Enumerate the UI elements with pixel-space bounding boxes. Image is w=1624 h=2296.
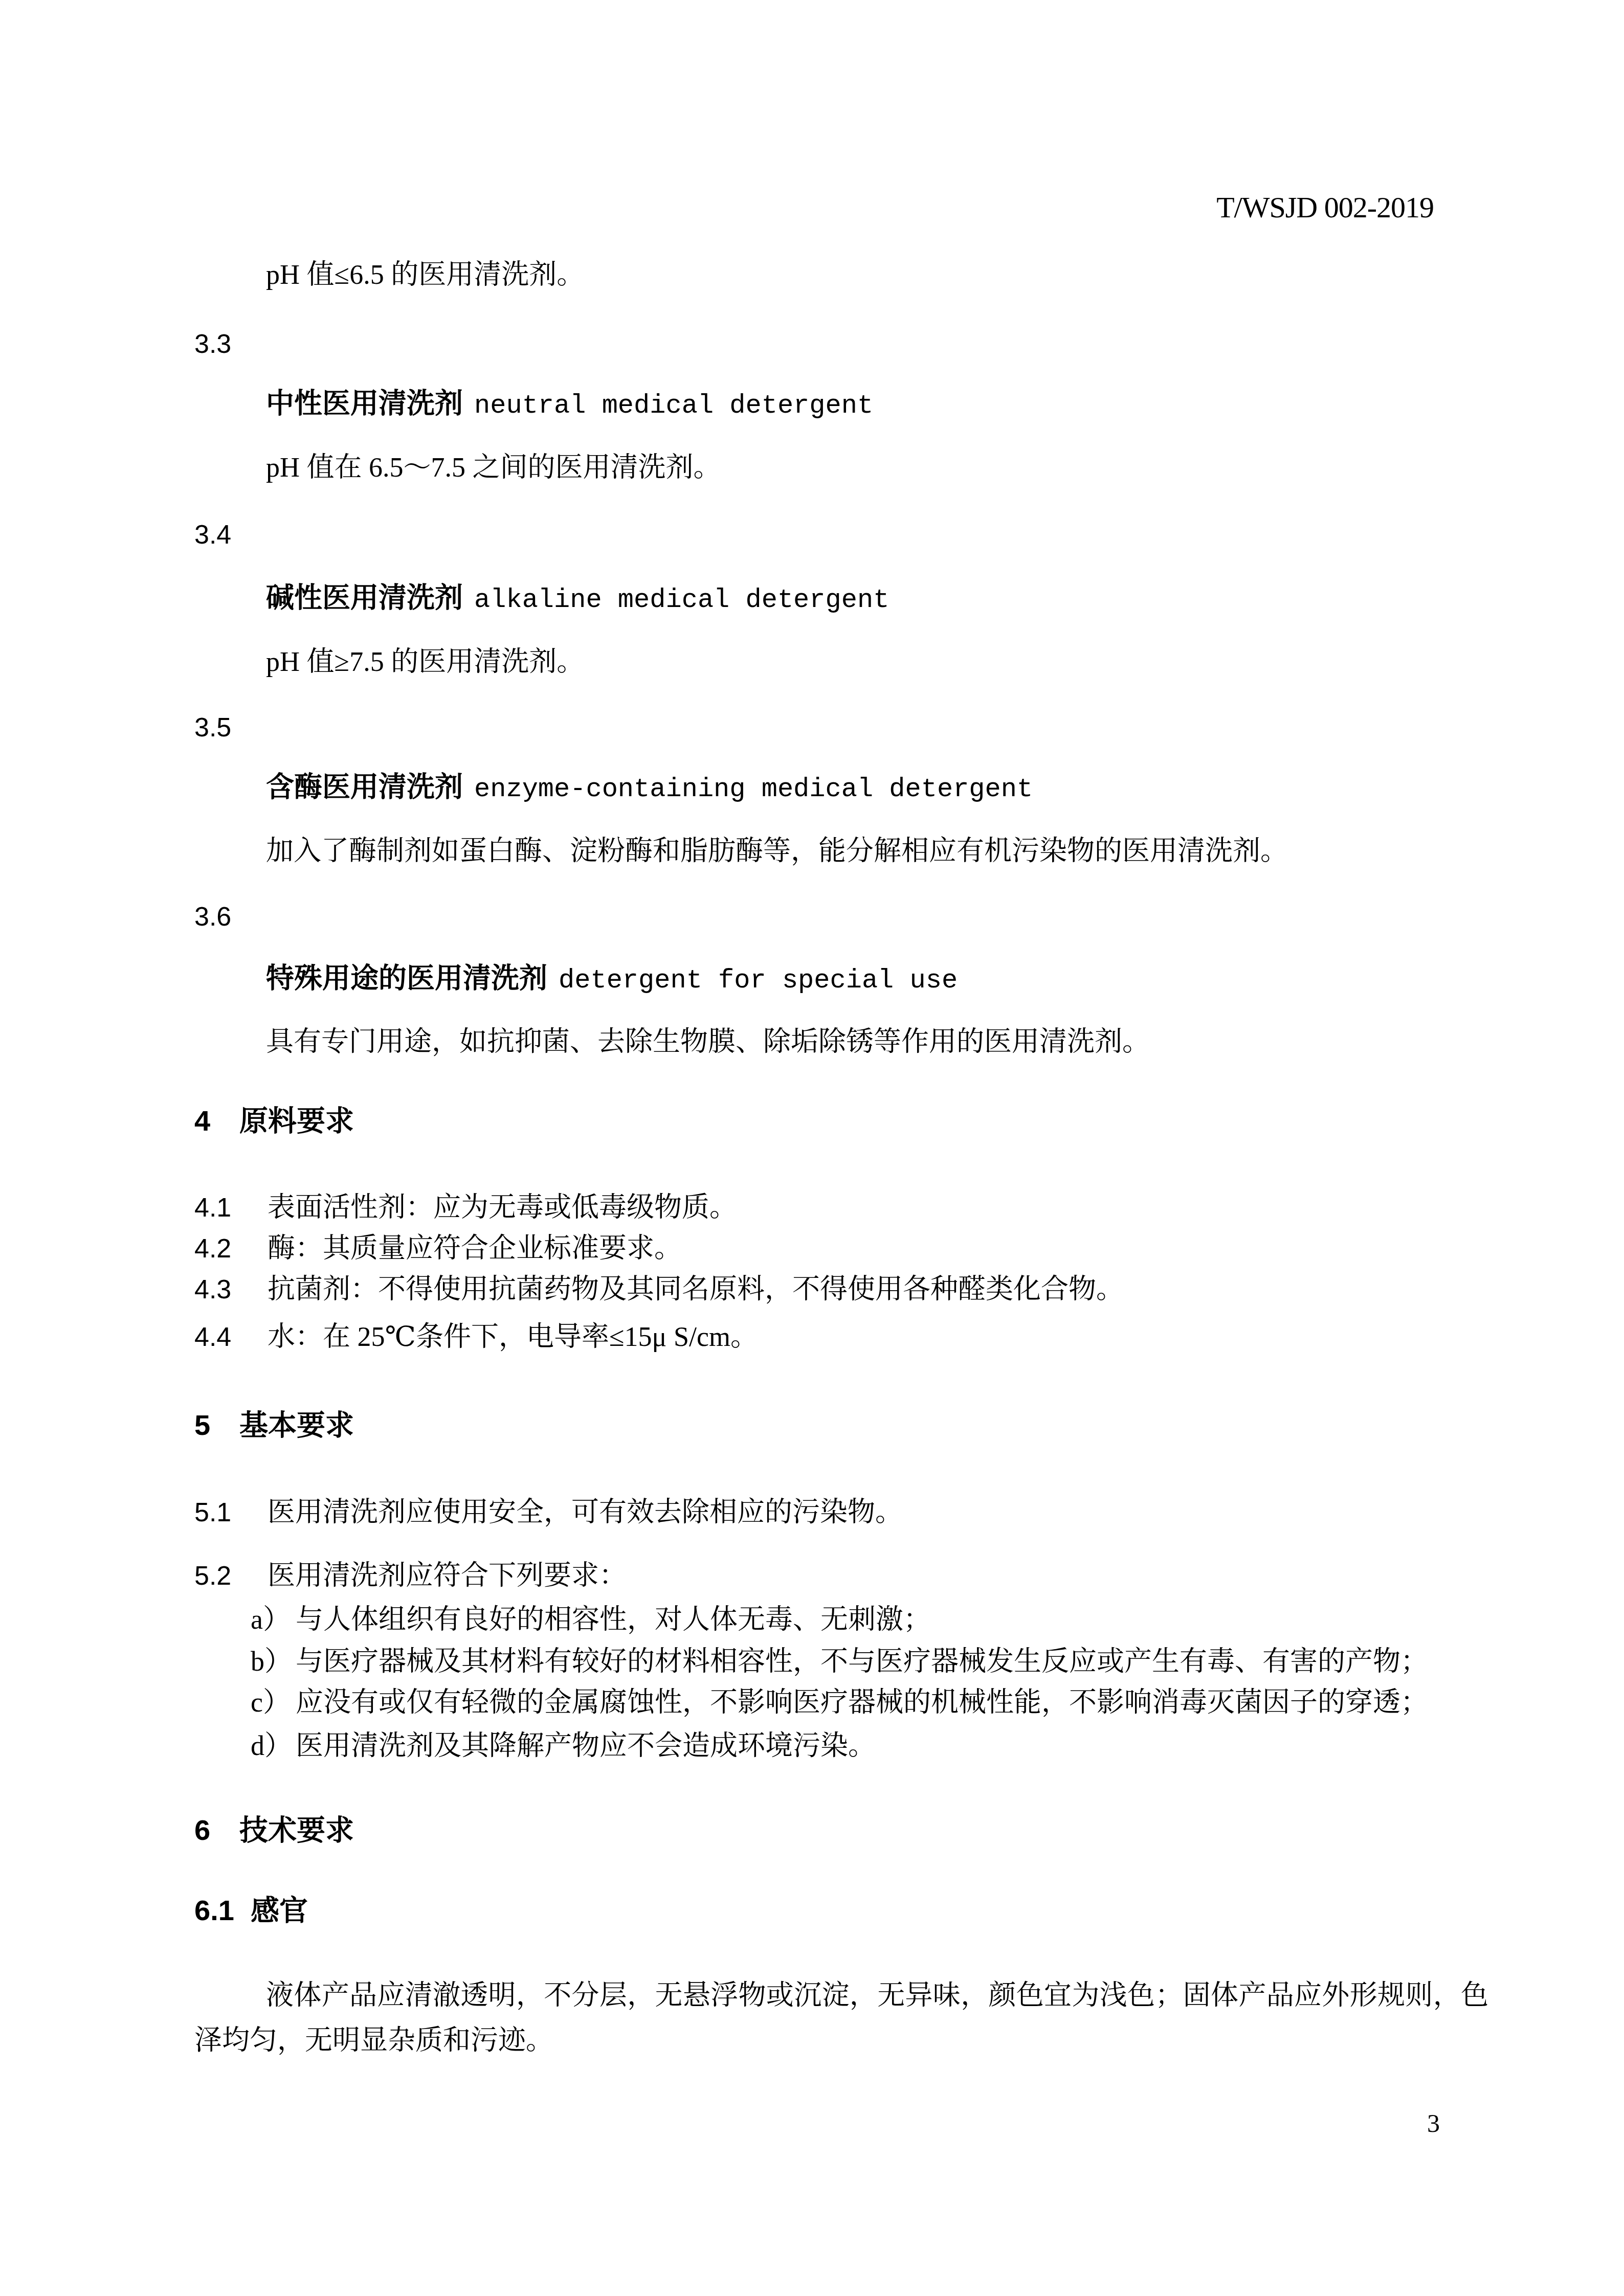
term-definition-3-3: pH 值在 6.5～7.5 之间的医用清洗剂。 bbox=[266, 451, 721, 484]
list-item-c: c）应没有或仅有轻微的金属腐蚀性，不影响医疗器械的机械性能，不影响消毒灭菌因子的… bbox=[251, 1686, 1428, 1719]
clause-4-4-text: 水：在 25℃条件下，电导率≤15μ S/cm。 bbox=[268, 1321, 758, 1352]
term-en-3-6: detergent for special use bbox=[559, 965, 958, 996]
list-item-a: a）与人体组织有良好的相容性，对人体无毒、无刺激； bbox=[251, 1603, 931, 1636]
section-6-title: 技术要求 bbox=[239, 1814, 354, 1846]
term-zh-3-4: 碱性医用清洗剂 bbox=[266, 581, 463, 613]
clause-4-1-number: 4.1 bbox=[194, 1192, 268, 1224]
term-definition-3-5: 加入了酶制剂如蛋白酶、淀粉酶和脂肪酶等，能分解相应有机污染物的医用清洗剂。 bbox=[266, 835, 1288, 868]
subsection-6-1-heading: 6.1感官 bbox=[194, 1893, 308, 1927]
section-5-title: 基本要求 bbox=[239, 1409, 354, 1441]
clause-5-2: 5.2医用清洗剂应符合下列要求： bbox=[194, 1559, 627, 1592]
subsection-6-1-number: 6.1 bbox=[194, 1893, 251, 1927]
clause-4-3: 4.3抗菌剂：不得使用抗菌药物及其同名原料，不得使用各种醛类化合物。 bbox=[194, 1273, 1124, 1306]
section-5-heading: 5基本要求 bbox=[194, 1408, 354, 1442]
term-definition-3-6: 具有专门用途，如抗抑菌、去除生物膜、除垢除锈等作用的医用清洗剂。 bbox=[266, 1025, 1150, 1059]
term-en-3-5: enzyme-containing medical detergent bbox=[474, 774, 1033, 804]
clause-4-4: 4.4水：在 25℃条件下，电导率≤15μ S/cm。 bbox=[194, 1320, 758, 1354]
clause-5-1-text: 医用清洗剂应使用安全，可有效去除相应的污染物。 bbox=[268, 1497, 903, 1527]
term-heading-3-5: 含酶医用清洗剂enzyme-containing medical deterge… bbox=[266, 770, 1033, 805]
term-zh-3-6: 特殊用途的医用清洗剂 bbox=[266, 962, 547, 994]
subsection-6-1-title: 感官 bbox=[251, 1894, 308, 1926]
term-number-3-6: 3.6 bbox=[194, 901, 231, 933]
term-heading-3-4: 碱性医用清洗剂alkaline medical detergent bbox=[266, 580, 889, 616]
term-definition-3-4: pH 值≥7.5 的医用清洗剂。 bbox=[266, 645, 584, 679]
carryover-definition: pH 值≤6.5 的医用清洗剂。 bbox=[266, 258, 584, 291]
term-en-3-4: alkaline medical detergent bbox=[474, 585, 889, 615]
subsection-6-1-body: 液体产品应清澈透明，不分层，无悬浮物或沉淀，无异味，颜色宜为浅色；固体产品应外形… bbox=[194, 1973, 1488, 2063]
section-4-heading: 4原料要求 bbox=[194, 1104, 354, 1138]
clause-5-2-text: 医用清洗剂应符合下列要求： bbox=[268, 1560, 627, 1591]
section-4-title: 原料要求 bbox=[239, 1105, 354, 1137]
document-page: T/WSJD 002-2019 pH 值≤6.5 的医用清洗剂。 3.3 中性医… bbox=[0, 0, 1624, 2296]
term-heading-3-6: 特殊用途的医用清洗剂detergent for special use bbox=[266, 961, 958, 997]
list-item-c-label: c） bbox=[251, 1686, 296, 1719]
list-item-d: d）医用清洗剂及其降解产物应不会造成环境污染。 bbox=[251, 1729, 876, 1763]
list-item-a-label: a） bbox=[251, 1603, 296, 1636]
clause-4-2-text: 酶：其质量应符合企业标准要求。 bbox=[268, 1233, 682, 1264]
section-6-heading: 6技术要求 bbox=[194, 1813, 354, 1847]
clause-4-3-text: 抗菌剂：不得使用抗菌药物及其同名原料，不得使用各种醛类化合物。 bbox=[268, 1274, 1124, 1304]
clause-4-3-number: 4.3 bbox=[194, 1274, 268, 1305]
term-number-3-5: 3.5 bbox=[194, 712, 231, 744]
list-item-d-text: 医用清洗剂及其降解产物应不会造成环境污染。 bbox=[296, 1730, 876, 1761]
section-5-number: 5 bbox=[194, 1408, 239, 1442]
section-6-number: 6 bbox=[194, 1813, 239, 1847]
clause-4-1-text: 表面活性剂：应为无毒或低毒级物质。 bbox=[268, 1192, 737, 1223]
term-en-3-3: neutral medical detergent bbox=[474, 391, 873, 421]
section-4-number: 4 bbox=[194, 1104, 239, 1138]
standard-code-header: T/WSJD 002-2019 bbox=[1216, 190, 1434, 224]
term-heading-3-3: 中性医用清洗剂neutral medical detergent bbox=[266, 386, 873, 422]
list-item-b-label: b） bbox=[251, 1645, 296, 1678]
list-item-c-text: 应没有或仅有轻微的金属腐蚀性，不影响医疗器械的机械性能，不影响消毒灭菌因子的穿透… bbox=[296, 1687, 1428, 1718]
list-item-d-label: d） bbox=[251, 1729, 296, 1763]
term-number-3-4: 3.4 bbox=[194, 519, 231, 551]
term-zh-3-5: 含酶医用清洗剂 bbox=[266, 771, 463, 802]
clause-5-1-number: 5.1 bbox=[194, 1497, 268, 1528]
clause-4-4-number: 4.4 bbox=[194, 1321, 268, 1353]
list-item-b: b）与医疗器械及其材料有较好的材料相容性，不与医疗器械发生反应或产生有毒、有害的… bbox=[251, 1645, 1428, 1678]
clause-4-2: 4.2酶：其质量应符合企业标准要求。 bbox=[194, 1232, 682, 1265]
term-zh-3-3: 中性医用清洗剂 bbox=[266, 387, 463, 419]
term-number-3-3: 3.3 bbox=[194, 328, 231, 360]
clause-4-2-number: 4.2 bbox=[194, 1233, 268, 1265]
list-item-b-text: 与医疗器械及其材料有较好的材料相容性，不与医疗器械发生反应或产生有毒、有害的产物… bbox=[296, 1646, 1428, 1677]
list-item-a-text: 与人体组织有良好的相容性，对人体无毒、无刺激； bbox=[296, 1604, 931, 1635]
page-number: 3 bbox=[1427, 2108, 1440, 2139]
clause-4-1: 4.1表面活性剂：应为无毒或低毒级物质。 bbox=[194, 1191, 737, 1224]
clause-5-2-number: 5.2 bbox=[194, 1560, 268, 1592]
clause-5-1: 5.1医用清洗剂应使用安全，可有效去除相应的污染物。 bbox=[194, 1496, 903, 1529]
